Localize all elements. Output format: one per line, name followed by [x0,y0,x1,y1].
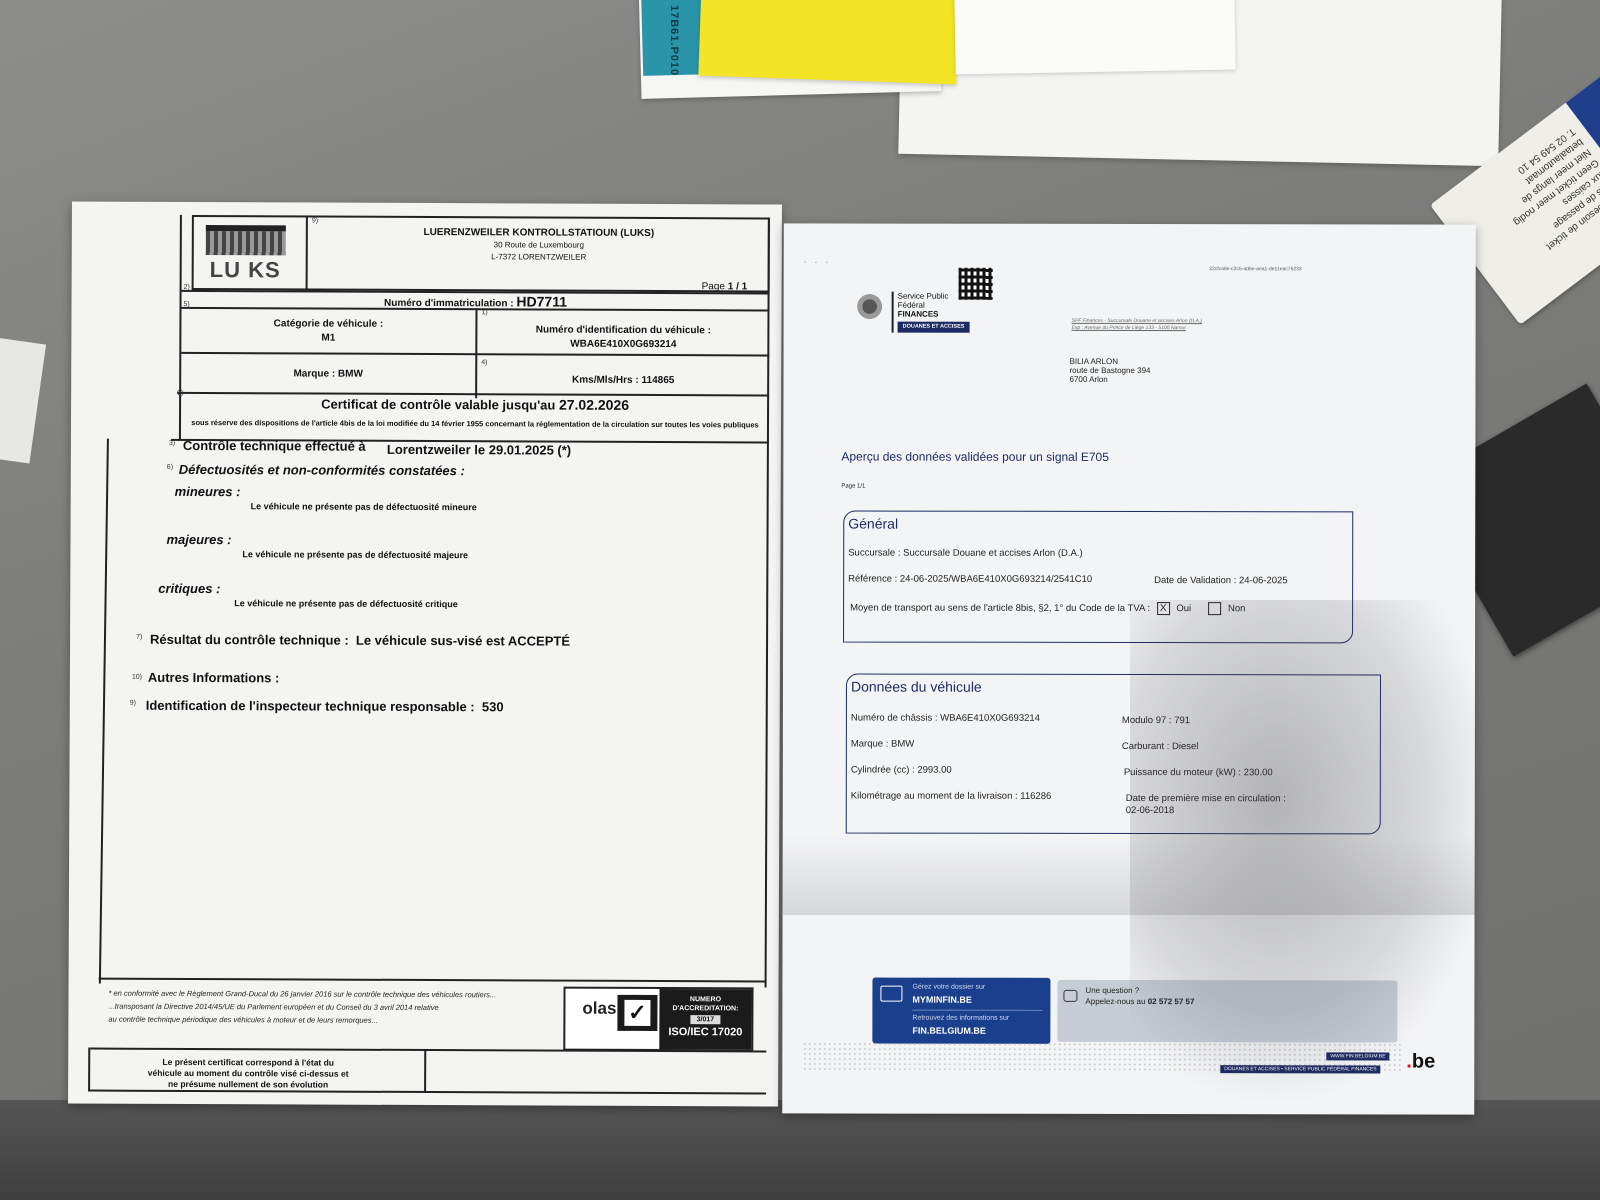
station-address-1: 30 Route de Luxembourg [308,239,770,251]
general-section: Général Succursale : Succursale Douane e… [843,511,1353,644]
chat-bubble-icon [1063,990,1077,1002]
vehicle-mileage: Kms/Mls/Hrs : 114865 [477,373,769,388]
document-title: Aperçu des données validées pour un sign… [841,449,1109,463]
station-name: LUERENZWEILER KONTROLLSTATIOUN (LUKS) [308,226,770,239]
page-number: Page 1 / 1 [702,281,748,292]
engine-power: Puissance du moteur (kW) : 230.00 [1124,767,1273,778]
marker: 6) [167,464,173,471]
displacement: Cylindrée (cc) : 2993.00 [851,765,952,776]
inspector: Identification de l'inspecteur technique… [146,698,504,715]
reference: Référence : 24-06-2025/WBA6E410X0G693214… [848,574,1092,585]
modulo-97: Modulo 97 : 791 [1122,715,1190,726]
qr-code-icon [959,268,993,300]
defects-minor-label: mineures : [175,484,241,499]
marker: 9) [130,700,136,707]
marker: 4) [481,359,487,366]
checkmark-icon: ✓ [617,995,657,1031]
first-registration-date: 02-06-2018 [1126,805,1175,816]
page-number: Page 1/1 [841,483,865,489]
vehicle-brand: Marque : BMW [181,367,475,382]
be-logo: .be [1406,1050,1435,1073]
luks-inspection-certificate: LU KS 9) LUERENZWEILER KONTROLLSTATIOUN … [68,201,782,1106]
non-checkbox[interactable] [1208,602,1221,615]
recipient-address: BILIA ARLON route de Bastogne 394 6700 A… [1069,357,1150,384]
luks-logo: LU KS [192,215,308,291]
vehicle-heading: Données du véhicule [851,679,982,695]
defects-heading: Défectuosités et non-conformités constat… [179,462,465,478]
legal-footnote: * en conformité avec le Règlement Grand-… [108,987,568,1028]
defects-minor-text: Le véhicule ne présente pas de défectuos… [251,501,477,512]
contact-box: Une question ? Appelez-nous au 02 572 57… [1057,980,1397,1043]
other-information: Autres Informations : [148,670,280,686]
marker: 5) [184,301,190,308]
spf-finances-e705-document: · · · Service Public Fédéral FINANCES DO… [782,223,1476,1114]
background-paper-left [0,337,46,464]
sender-address: SPF Finances - Succursale Douane et acci… [1072,318,1202,332]
station-address-2: L-7372 LORENTZWEILER [308,251,770,263]
marker: 3) [169,440,175,447]
defects-major-text: Le véhicule ne présente pas de défectuos… [242,549,468,560]
marker: 1) [481,309,487,316]
building-icon [206,225,286,255]
first-registration-label: Date de première mise en circulation : [1126,793,1286,804]
validity-note: sous réserve des dispositions de l'artic… [181,418,769,430]
defects-critical-label: critiques : [158,581,220,596]
mileage-at-delivery: Kilométrage au moment de la livraison : … [851,791,1052,802]
logo-text: LU KS [210,257,281,283]
brand: Marque : BMW [851,739,914,750]
footer-url: WWW.FIN.BELGIUM.BE [1326,1052,1389,1060]
phone-line: Appelez-nous au 02 572 57 57 [1085,997,1194,1006]
teal-card-code: 17B61.P010 [668,5,680,76]
olas-accreditation-badge: olas ✓ NUMERO D'ACCREDITATION: 3/017 ISO… [563,987,753,1052]
fin-belgium-link[interactable]: FIN.BELGIUM.BE [912,1026,986,1036]
question-text: Une question ? [1085,986,1139,995]
myminfin-promo: Gérez votre dossier sur MYMINFIN.BE Retr… [872,978,1050,1044]
footer-bar: DOUANES ET ACCISES • SERVICE PUBLIC FÉDÉ… [1220,1065,1380,1073]
fuel: Carburant : Diesel [1122,741,1199,752]
validation-date: Date de Validation : 24-06-2025 [1154,575,1287,586]
general-heading: Général [848,516,898,532]
myminfin-link[interactable]: MYMINFIN.BE [912,995,972,1005]
yellow-sticky-note [698,0,959,84]
defects-major-label: majeures : [166,532,231,547]
control-place-label: Contrôle technique effectué à [183,438,366,454]
transport-question: Moyen de transport au sens de l'article … [850,602,1245,616]
validity-title: Certificat de contrôle valable jusqu'au … [181,395,769,414]
station-info: LUERENZWEILER KONTROLLSTATIOUN (LUKS) 30… [308,226,770,263]
control-place-value: Lorentzweiler le 29.01.2025 (*) [387,442,571,458]
chassis-number: Numéro de châssis : WBA6E410X0G693214 [851,713,1040,724]
succursale: Succursale : Succursale Douane et accise… [848,548,1082,559]
vehicle-category: Catégorie de véhicule :M1 [181,317,475,346]
document-reference-code: 22cfca6e-c2c5-4d6e-aea1-de11eac75233 [1182,266,1302,272]
oui-checkbox[interactable]: X [1157,602,1170,615]
decorative-dots: · · · [804,257,831,266]
result: Résultat du contrôle technique : Le véhi… [150,632,570,649]
marker: 10) [132,674,142,681]
accreditation-number: NUMERO D'ACCREDITATION: 3/017 ISO/IEC 17… [659,989,751,1049]
defects-critical-text: Le véhicule ne présente pas de défectuos… [234,598,458,609]
belgian-coat-of-arms-icon [856,292,884,322]
promo-text: Retrouvez des informations sur [912,1015,1009,1022]
promo-text: Gérez votre dossier sur [912,984,985,991]
marker: 9) [312,218,318,225]
laptop-icon [880,986,902,1002]
certificate-disclaimer: Le présent certificat correspond à l'éta… [88,1057,408,1091]
marker: 2) [184,284,190,291]
table-edge [0,1100,1600,1200]
background-brochure [954,0,1235,74]
vehicle-data-section: Données du véhicule Numéro de châssis : … [846,674,1381,835]
marker: 7) [136,634,142,641]
vehicle-vin: Numéro d'identification du véhicule :WBA… [477,323,769,352]
